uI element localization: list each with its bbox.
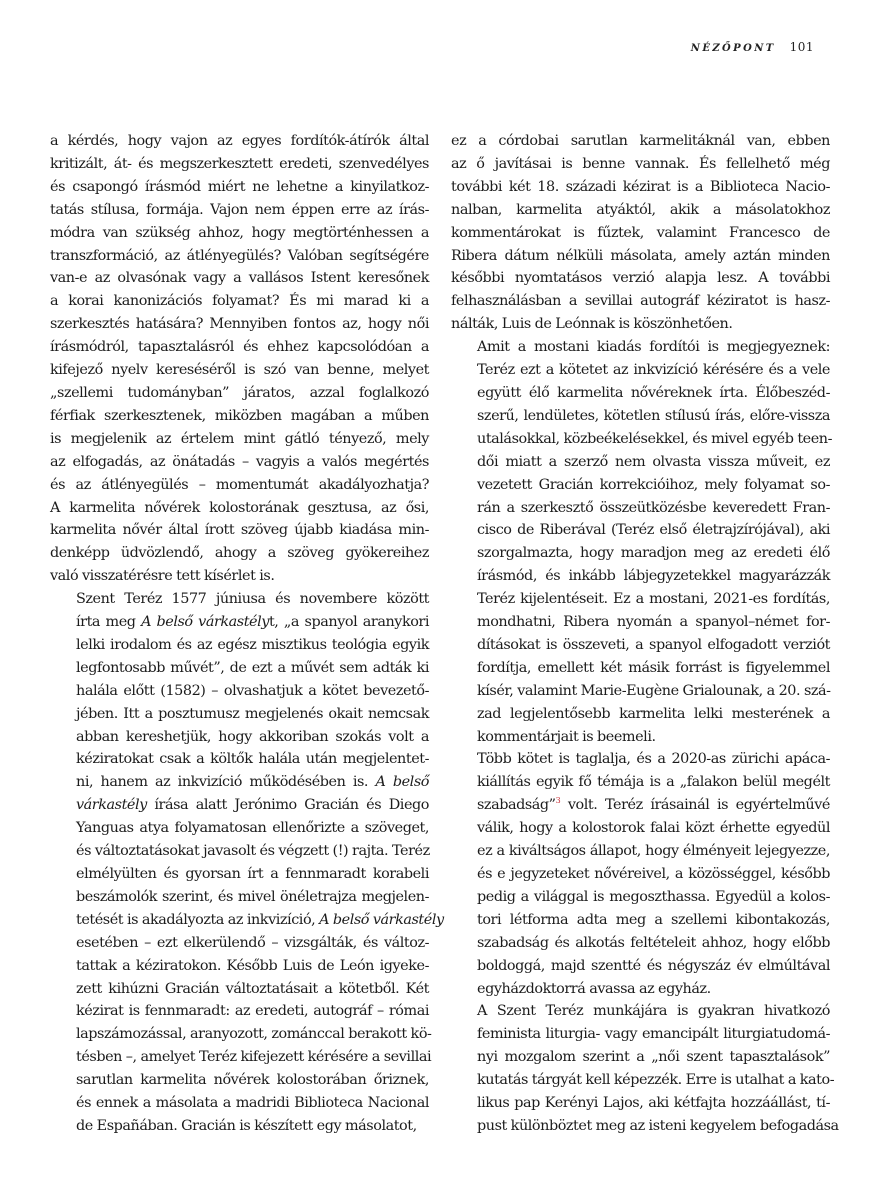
text-line: várkastély írása alatt Jerónimo Gracián … [50, 794, 429, 817]
text-line: kommentárokat is fűztek, valamint France… [451, 222, 830, 245]
text-line: és ennek a másolata a madridi Biblioteca… [50, 1092, 429, 1115]
text-line: sarutlan karmelita nővérek kolostorában … [50, 1069, 429, 1092]
text-line: együtt élő karmelita nővéreknek írta. Él… [451, 382, 830, 405]
text-line: férfiak szerkesztenek, miközben magában … [50, 405, 429, 428]
text-line: A Szent Teréz munkájára is gyakran hivat… [451, 1000, 830, 1023]
text-line: ez a kiváltságos állapot, hogy élményeit… [451, 840, 830, 863]
text-line: és csapongó írásmód miért ne lehetne a k… [50, 176, 429, 199]
text-line: való visszatérésre tett kísérlet is. [50, 565, 429, 588]
text-line: tésben –, amelyet Teréz kifejezett kérés… [50, 1046, 429, 1069]
text-line: boldoggá, majd szentté és négyszáz év el… [451, 955, 830, 978]
text-line: dői miatt a szerző nem olvasta vissza mű… [451, 451, 830, 474]
text-line: válik, hogy a kolostorok falai közt érhe… [451, 817, 830, 840]
text-line: denképp üdvözlendő, ahogy a szöveg gyöke… [50, 542, 429, 565]
text-line: feminista liturgia- vagy emancipált litu… [451, 1023, 830, 1046]
italic-title: A belső [375, 774, 429, 790]
text-line: Teréz kijelentéseit. Ez a mostani, 2021-… [451, 588, 830, 611]
text-line: kutatás tárgyát kell képezzék. Erre is u… [451, 1069, 830, 1092]
text-line: utalásokkal, közbeékelésekkel, és mivel … [451, 428, 830, 451]
text-line: rán a szerkesztő összeütközésbe keverede… [451, 497, 830, 520]
text-line: kiállítás egyik fő témája is a „falakon … [451, 771, 830, 794]
text-line: szabadság”3 volt. Teréz írásainál is egy… [451, 794, 830, 817]
text-line: szerkesztés hatására? Mennyiben fontos a… [50, 313, 429, 336]
footnote-marker[interactable]: 3 [556, 796, 561, 805]
running-head-section: NÉZŐPONT [691, 43, 776, 54]
text-line: de Españában. Gracián is készített egy m… [50, 1115, 429, 1138]
text-line: a kérdés, hogy vajon az egyes fordítók-á… [50, 130, 429, 153]
italic-title: A belső várkastély [141, 614, 269, 630]
italic-title: várkastély [76, 797, 147, 813]
text-line: lapszámozással, aranyozott, zománccal be… [50, 1023, 429, 1046]
text-line: tori létforma adta meg a szellemi kibont… [451, 909, 830, 932]
text-line: módra van szükség ahhoz, hogy megtörténh… [50, 222, 429, 245]
text-line: az elfogadás, az önátadás – vagyis a val… [50, 451, 429, 474]
text-line: jében. Itt a posztumusz megjelenés okait… [50, 703, 429, 726]
text-line: Amit a mostani kiadás fordítói is megjeg… [451, 336, 830, 359]
text-line: tatás stílusa, formája. Vajon nem éppen … [50, 199, 429, 222]
text-line: pust különböztet meg az isteni kegyelem … [451, 1115, 830, 1138]
text-line: szorgalmazta, hogy maradjon meg az erede… [451, 542, 830, 565]
text-line: az ő javításai is benne vannak. És felle… [451, 153, 830, 176]
text-line: Több kötet is taglalja, és a 2020-as zür… [451, 748, 830, 771]
text-line: van-e az olvasónak vagy a vallásos Isten… [50, 267, 429, 290]
italic-title: A belső várkastély [319, 912, 444, 928]
text-line: A karmelita nővérek kolostorának gesztus… [50, 497, 429, 520]
text-line: nalban, karmelita atyáktól, akik a másol… [451, 199, 830, 222]
text-line: Ribera dátum nélküli másolata, amely azt… [451, 245, 830, 268]
text-line: kifejező nyelv kereséséről is szó van be… [50, 359, 429, 382]
text-line: esetében – ezt elkerülendő – vizsgálták,… [50, 932, 429, 955]
text-line: cisco de Riberával (Teréz első életrajzí… [451, 519, 830, 542]
text-line: egyházdoktorrá avassa az egyház. [451, 978, 830, 1001]
text-line: nyi mozgalom szerint a „női szent tapasz… [451, 1046, 830, 1069]
text-line: mondhatni, Ribera nyomán a spanyol–német… [451, 611, 830, 634]
text-line: további két 18. századi kézirat is a Bib… [451, 176, 830, 199]
paragraph: Amit a mostani kiadás fordítói is megjeg… [451, 336, 830, 748]
text-line: tattak a kéziratokon. Később Luis de Leó… [50, 955, 429, 978]
paragraph: A Szent Teréz munkájára is gyakran hivat… [451, 1000, 830, 1137]
text-line: kéziratokat csak a költők halála után me… [50, 748, 429, 771]
text-line: felhasználásban a sevillai autográf kézi… [451, 290, 830, 313]
text-line: és az átlényegülés – momentumát akadályo… [50, 474, 429, 497]
text-line: zett kihúzni Gracián változtatásait a kö… [50, 978, 429, 1001]
text-line: abban kereshetjük, hogy akkoriban szokás… [50, 726, 429, 749]
text-line: legfontosabb művét”, de ezt a művét sem … [50, 657, 429, 680]
text-line: ez a córdobai sarutlan karmelitáknál van… [451, 130, 830, 153]
left-column: a kérdés, hogy vajon az egyes fordítók-á… [50, 130, 429, 1138]
text-line: halála előtt (1582) – olvashatjuk a köte… [50, 680, 429, 703]
text-line: transzformáció, az átlényegülés? Valóban… [50, 245, 429, 268]
running-head: NÉZŐPONT 101 [691, 40, 814, 54]
text-line: szerű, lendületes, kötetlen stílusú írás… [451, 405, 830, 428]
text-line: ni, hanem az inkvizíció működésében is. … [50, 771, 429, 794]
text-line: nálták, Luis de Leónnak is köszönhetően. [451, 313, 830, 336]
text-line: tetését is akadályozta az inkvizíció, A … [50, 909, 429, 932]
text-line: kritizált, át- és megszerkesztett eredet… [50, 153, 429, 176]
text-line: likus pap Kerényi Lajos, aki kétfajta ho… [451, 1092, 830, 1115]
text-line: beszámolók szerint, és mivel önéletrajza… [50, 886, 429, 909]
text-line: pedig a világgal is megoszthassa. Egyedü… [451, 886, 830, 909]
text-line: Teréz ezt a kötetet az inkvizíció kérésé… [451, 359, 830, 382]
text-line: elmélyülten és gyorsan írt a fennmaradt … [50, 863, 429, 886]
paragraph: Több kötet is taglalja, és a 2020-as zür… [451, 748, 830, 1000]
text-line: lelki irodalom és az egész misztikus teo… [50, 634, 429, 657]
page-number: 101 [790, 40, 814, 54]
text-line: kézirat is fennmaradt: az eredeti, autog… [50, 1000, 429, 1023]
text-line: is megjelenik az értelem mint gátló tény… [50, 428, 429, 451]
text-line: későbbi nyomtatásos verzió alapja lesz. … [451, 267, 830, 290]
text-line: és e jegyzeteket nővéreivel, a közösségg… [451, 863, 830, 886]
text-line: kísér, valamint Marie-Eugène Grialounak,… [451, 680, 830, 703]
text-line: „szellemi tudományban” járatos, azzal fo… [50, 382, 429, 405]
text-line: kommentárjait is beemeli. [451, 726, 830, 749]
text-line: szabadság és alkotás feltételeit ahhoz, … [451, 932, 830, 955]
text-line: zad legjelentősebb karmelita lelki meste… [451, 703, 830, 726]
text-line: írásmódról, tapasztalásról és ehhez kapc… [50, 336, 429, 359]
article-body: a kérdés, hogy vajon az egyes fordítók-á… [50, 130, 830, 1138]
text-line: írásmód, és inkább lábjegyzetekkel magya… [451, 565, 830, 588]
text-line: karmelita nővér által írott szöveg újabb… [50, 519, 429, 542]
paragraph: a kérdés, hogy vajon az egyes fordítók-á… [50, 130, 429, 588]
right-column: ez a córdobai sarutlan karmelitáknál van… [451, 130, 830, 1138]
paragraph: ez a córdobai sarutlan karmelitáknál van… [451, 130, 830, 336]
text-line: írta meg A belső várkastélyt, „a spanyol… [50, 611, 429, 634]
text-line: Yanguas atya folyamatosan ellenőrizte a … [50, 817, 429, 840]
text-line: fordítja, emellett két másik forrást is … [451, 657, 830, 680]
text-line: Szent Teréz 1577 júniusa és novembere kö… [50, 588, 429, 611]
text-line: a korai kanonizációs folyamat? És mi mar… [50, 290, 429, 313]
text-line: dításokat is összeveti, a spanyol elfoga… [451, 634, 830, 657]
paragraph: Szent Teréz 1577 júniusa és novembere kö… [50, 588, 429, 1138]
text-line: és változtatásokat javasolt és végzett (… [50, 840, 429, 863]
text-line: vezetett Gracián korrekcióihoz, mely fol… [451, 474, 830, 497]
